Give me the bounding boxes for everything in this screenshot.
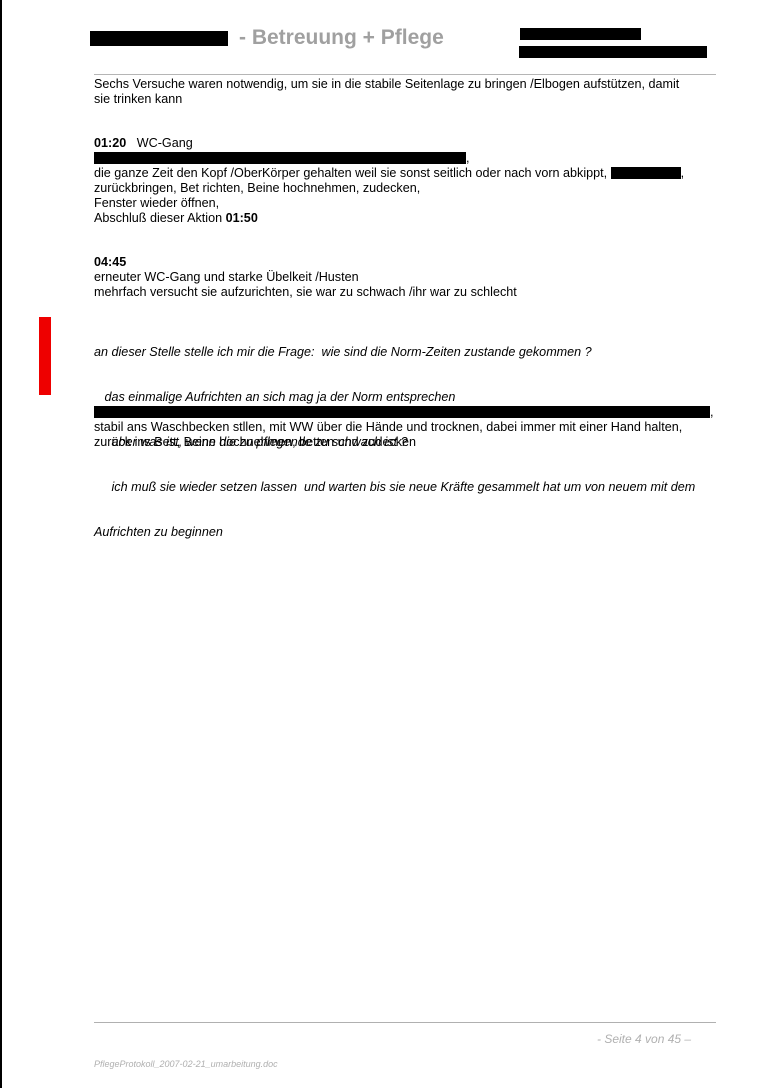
entry-0120: 01:20 WC-Gang , die ganze Zeit den Kopf … <box>94 136 716 226</box>
intro-paragraph: Sechs Versuche waren notwendig, um sie i… <box>94 77 716 107</box>
header-divider <box>94 74 716 75</box>
header-title: - Betreuung + Pflege <box>239 26 444 50</box>
entry-0445: 04:45 erneuter WC-Gang und starke Übelke… <box>94 255 716 300</box>
page-number: - Seite 4 von 45 – <box>597 1032 691 1046</box>
entry-title: WC-Gang <box>137 136 193 150</box>
redacted-line <box>94 152 466 164</box>
footer-filename: PflegeProtokoll_2007-02-21_umarbeitung.d… <box>94 1059 278 1069</box>
entry-followup: , stabil ans Waschbecken stllen, mit WW … <box>94 405 716 450</box>
page-left-border <box>0 0 2 1088</box>
footer-divider <box>94 1022 716 1023</box>
redacted-contact-1 <box>520 28 641 40</box>
entry-time: 01:20 <box>94 136 126 150</box>
redacted-line <box>94 406 710 418</box>
redacted-contact-2 <box>519 46 707 58</box>
change-bar-marker <box>39 317 51 395</box>
redacted-name <box>90 31 228 46</box>
entry-time: 04:45 <box>94 255 716 270</box>
redacted-word <box>611 167 681 179</box>
end-time: 01:50 <box>226 211 258 225</box>
